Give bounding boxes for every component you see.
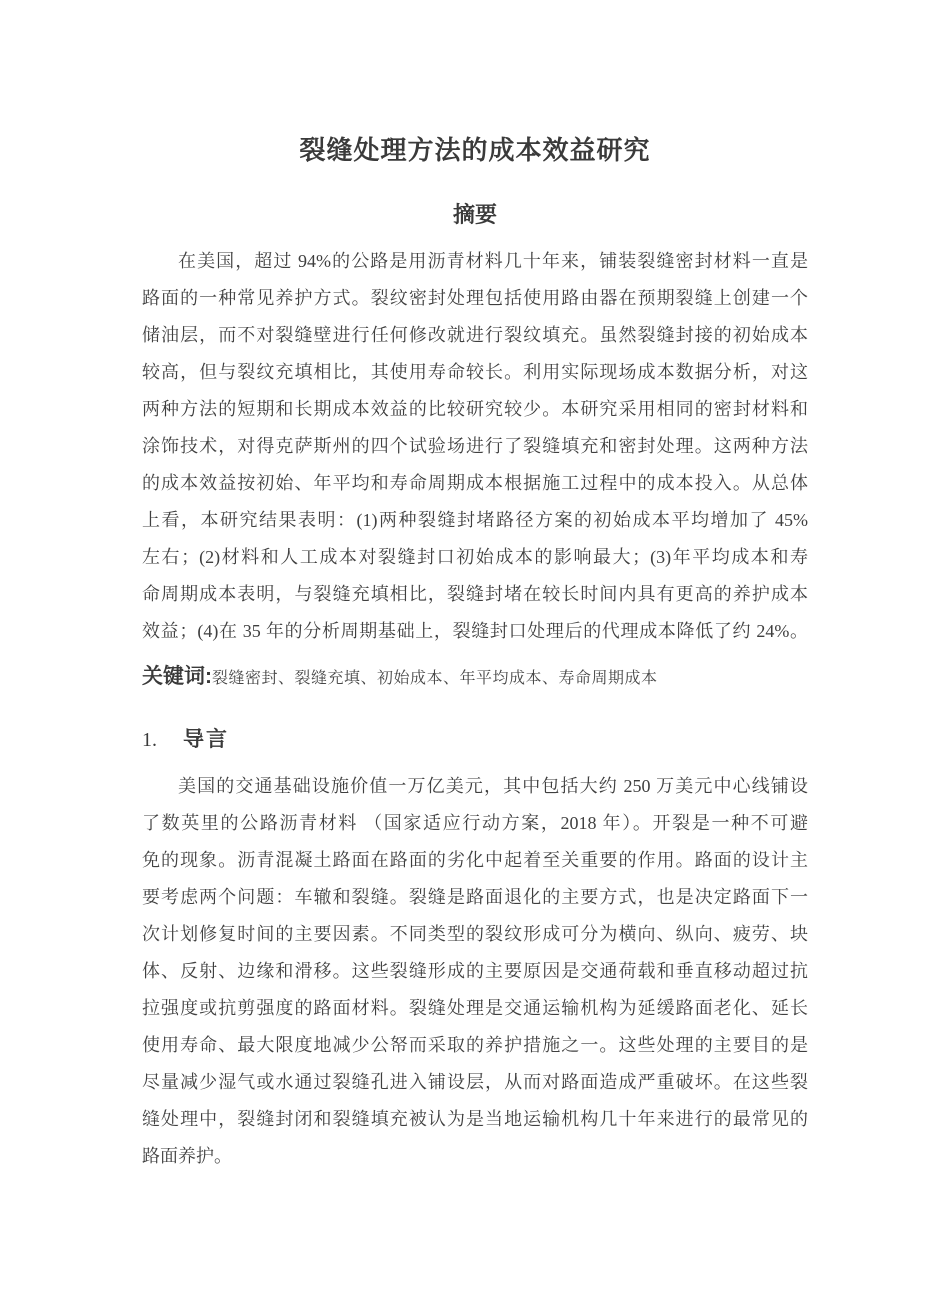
- introduction-line: 拉强度或抗剪强度的路面材料。裂缝处理是交通运输机构为延缓路面老化、延长: [142, 990, 808, 1027]
- introduction-line: 要考虑两个问题：车辙和裂缝。裂缝是路面退化的主要方式，也是决定路面下一: [142, 879, 808, 916]
- abstract-line: 效益；(4)在 35 年的分析周期基础上，裂缝封口处理后的代理成本降低了约 24…: [142, 613, 808, 650]
- keywords-text: 裂缝密封、裂缝充填、初始成本、年平均成本、寿命周期成本: [212, 670, 658, 687]
- abstract-line: 的成本效益按初始、年平均和寿命周期成本根据施工过程中的成本投入。从总体: [142, 465, 808, 502]
- abstract-line: 两种方法的短期和长期成本效益的比较研究较少。本研究采用相同的密封材料和: [142, 391, 808, 428]
- abstract-line: 命周期成本表明，与裂缝充填相比，裂缝封堵在较长时间内具有更高的养护成本: [142, 576, 808, 613]
- document-page: 裂缝处理方法的成本效益研究 摘要 在美国，超过 94%的公路是用沥青材料几十年来…: [0, 0, 926, 1309]
- abstract-paragraph: 在美国，超过 94%的公路是用沥青材料几十年来，铺装裂缝密封材料一直是 路面的一…: [142, 243, 808, 650]
- introduction-line: 次计划修复时间的主要因素。不同类型的裂纹形成可分为横向、纵向、疲劳、块: [142, 916, 808, 953]
- introduction-line: 了数英里的公路沥青材料 （国家适应行动方案，2018 年）。开裂是一种不可避: [142, 805, 808, 842]
- abstract-line: 上看，本研究结果表明：(1)两种裂缝封堵路径方案的初始成本平均增加了 45%: [142, 502, 808, 539]
- document-title: 裂缝处理方法的成本效益研究: [142, 0, 808, 168]
- keywords-row: 关键词:裂缝密封、裂缝充填、初始成本、年平均成本、寿命周期成本: [142, 661, 808, 695]
- introduction-line: 路面养护。: [142, 1138, 808, 1175]
- section-1-heading: 1.导言: [142, 724, 808, 758]
- abstract-line: 在美国，超过 94%的公路是用沥青材料几十年来，铺装裂缝密封材料一直是: [142, 243, 808, 280]
- abstract-line: 路面的一种常见养护方式。裂纹密封处理包括使用路由器在预期裂缝上创建一个: [142, 280, 808, 317]
- introduction-line: 体、反射、边缘和滑移。这些裂缝形成的主要原因是交通荷载和垂直移动超过抗: [142, 953, 808, 990]
- page-content: 裂缝处理方法的成本效益研究 摘要 在美国，超过 94%的公路是用沥青材料几十年来…: [142, 0, 808, 1175]
- keywords-label: 关键词:: [142, 665, 212, 688]
- introduction-line: 免的现象。沥青混凝土路面在路面的劣化中起着至关重要的作用。路面的设计主: [142, 842, 808, 879]
- abstract-line: 储油层，而不对裂缝壁进行任何修改就进行裂纹填充。虽然裂缝封接的初始成本: [142, 317, 808, 354]
- abstract-line: 左右；(2)材料和人工成本对裂缝封口初始成本的影响最大；(3)年平均成本和寿: [142, 539, 808, 576]
- introduction-line: 缝处理中，裂缝封闭和裂缝填充被认为是当地运输机构几十年来进行的最常见的: [142, 1101, 808, 1138]
- introduction-paragraph: 美国的交通基础设施价值一万亿美元，其中包括大约 250 万美元中心线铺设 了数英…: [142, 768, 808, 1175]
- section-1-number: 1.: [142, 729, 157, 751]
- introduction-line: 美国的交通基础设施价值一万亿美元，其中包括大约 250 万美元中心线铺设: [142, 768, 808, 805]
- introduction-line: 使用寿命、最大限度地减少公帑而采取的养护措施之一。这些处理的主要目的是: [142, 1027, 808, 1064]
- section-1-title: 导言: [183, 728, 229, 751]
- abstract-line: 涂饰技术，对得克萨斯州的四个试验场进行了裂缝填充和密封处理。这两种方法: [142, 428, 808, 465]
- abstract-heading: 摘要: [142, 200, 808, 230]
- abstract-line: 较高，但与裂纹充填相比，其使用寿命较长。利用实际现场成本数据分析，对这: [142, 354, 808, 391]
- introduction-line: 尽量减少湿气或水通过裂缝孔进入铺设层，从而对路面造成严重破坏。在这些裂: [142, 1064, 808, 1101]
